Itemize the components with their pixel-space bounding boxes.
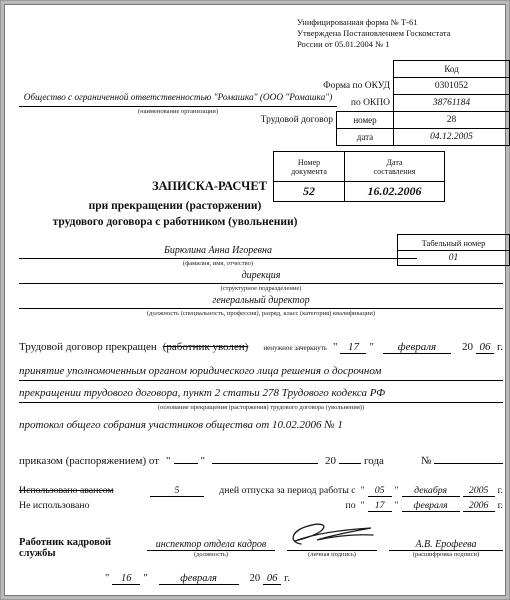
contract-date-value-cell: 04.12.2005: [393, 128, 510, 146]
doc-date-header-cell: Дата составления: [344, 151, 445, 182]
quote-mark: ": [201, 455, 206, 467]
organization-name: Общество с ограниченной ответственностью…: [19, 91, 337, 107]
termination-reason-line2: прекращении трудового договора, пункт 2 …: [19, 385, 503, 403]
form-t61-page: Унифицированная форма № Т-61 Утверждена …: [4, 4, 506, 596]
signature-date-year: 06: [263, 573, 281, 585]
signature-name-segment: А.В. Ерофеева (расшифровка подписи): [389, 535, 503, 559]
contract-label: Трудовой договор: [185, 115, 333, 125]
order-month-blank: [212, 463, 318, 464]
doc-date-value-cell: 16.02.2006: [344, 181, 445, 202]
form-subtitle-1: при прекращении (расторжении): [25, 200, 325, 212]
termination-prefix: Трудовой договор прекращен: [19, 341, 157, 353]
vacation-to-year: 2006: [463, 500, 495, 512]
vacation-unused-row: Не использовано по " 17 " февраля 2006 г…: [19, 500, 503, 512]
contract-date-label-cell: дата: [336, 128, 394, 146]
year-suffix: г.: [498, 485, 503, 496]
vacation-days: 5: [150, 485, 204, 497]
quote-mark: ": [333, 341, 338, 353]
signature-date-row: " 16 " февраля 20 06 г.: [105, 573, 345, 585]
order-day-blank: [174, 463, 198, 464]
order-year-blank: [339, 463, 361, 464]
doc-number-value-cell: 52: [273, 181, 345, 202]
signature-row: Работник кадровой службы инспектор отдел…: [19, 535, 503, 559]
signature-position-segment: инспектор отдела кадров (должность): [147, 535, 275, 559]
form-note-line1: Унифицированная форма № Т-61: [297, 17, 509, 28]
year-suffix: г.: [284, 573, 290, 584]
signature-position-caption: (должность): [147, 551, 275, 559]
order-number-blank: [434, 463, 503, 464]
termination-note: ненужное зачеркнуть: [263, 344, 327, 352]
doc-date-header-text: Дата составления: [367, 158, 423, 176]
document-frame: Унифицированная форма № Т-61 Утверждена …: [0, 0, 510, 600]
signature-role: Работник кадровой службы: [19, 535, 147, 559]
quote-mark: ": [361, 500, 365, 511]
signature-position: инспектор отдела кадров: [147, 535, 275, 551]
vacation-from-year: 2005: [463, 485, 495, 497]
order-year-word: года: [364, 455, 384, 467]
termination-day: 17: [340, 341, 366, 354]
year-suffix: г.: [498, 500, 503, 511]
signature-name: А.В. Ерофеева: [389, 535, 503, 551]
order-line: приказом (распоряжением) от " " 20 года …: [19, 455, 503, 467]
signature-name-caption: (расшифровка подписи): [389, 551, 503, 559]
year-prefix: 20: [325, 455, 336, 467]
quote-mark: ": [395, 500, 399, 511]
signature-sign-segment: (личная подпись): [287, 535, 377, 559]
doc-number-header-text: Номер документа: [285, 158, 333, 176]
year-suffix: г.: [497, 341, 503, 353]
signature-line: [287, 535, 377, 551]
organization-caption: (наименование организации): [19, 108, 337, 116]
vacation-to-day: 17: [368, 500, 392, 512]
vacation-to-month: февраля: [402, 500, 460, 512]
vacation-used-label: Использовано авансом: [19, 485, 147, 496]
code-header-cell: Код: [393, 60, 510, 78]
form-note-line2: Утверждена Постановлением Госкомстата: [297, 28, 509, 39]
termination-line: Трудовой договор прекращен (работник уво…: [19, 341, 503, 354]
contract-number-value-cell: 28: [393, 111, 510, 129]
form-title: ЗАПИСКА-РАСЧЕТ: [5, 179, 267, 194]
order-prefix: приказом (распоряжением) от: [19, 455, 159, 467]
vacation-used-row: Использовано авансом 5 дней отпуска за п…: [19, 485, 503, 497]
year-prefix: 20: [250, 573, 261, 584]
number-sign: №: [421, 455, 432, 467]
handwritten-signature-icon: [283, 516, 379, 552]
termination-reason-caption: (основание прекращения (расторжения) тру…: [19, 404, 503, 412]
employee-name-caption: (фамилия, имя, отчество): [19, 260, 417, 268]
quote-mark: ": [143, 573, 147, 584]
year-prefix: 20: [462, 341, 473, 353]
quote-mark: ": [395, 485, 399, 496]
employee-name: Бирюлина Анна Игоревна: [19, 243, 417, 259]
form-subtitle-2: трудового договора с работником (увольне…: [25, 216, 325, 228]
quote-mark: ": [361, 485, 365, 496]
form-approval-note: Унифицированная форма № Т-61 Утверждена …: [297, 17, 509, 50]
okud-value-cell: 0301052: [393, 77, 510, 95]
employee-position-caption: (должность (специальность, профессия), р…: [19, 310, 503, 318]
okpo-value-cell: 38761184: [393, 94, 510, 112]
contract-number-label-cell: номер: [336, 111, 394, 129]
form-note-line3: России от 05.01.2004 № 1: [297, 39, 509, 50]
signature-date-month: февраля: [159, 573, 239, 585]
employee-department-caption: (структурное подразделение): [19, 285, 503, 293]
vacation-from-month: декабря: [402, 485, 460, 497]
employee-position: генеральный директор: [19, 294, 503, 309]
doc-number-header-cell: Номер документа: [273, 151, 345, 182]
signature-sign-caption: (личная подпись): [287, 551, 377, 559]
quote-mark: ": [105, 573, 109, 584]
termination-month: февраля: [383, 341, 451, 354]
termination-year: 06: [476, 341, 494, 354]
vacation-to-word: по: [345, 500, 355, 511]
termination-strikeout: (работник уволен): [163, 341, 249, 353]
employee-department: дирекция: [19, 269, 503, 284]
vacation-unused-label: Не использовано: [19, 500, 90, 511]
okud-label: Форма по ОКУД: [235, 81, 390, 91]
termination-reason-line1: принятие уполномоченным органом юридичес…: [19, 363, 503, 381]
termination-protocol: протокол общего собрания участников обще…: [19, 419, 503, 431]
quote-mark: ": [369, 341, 374, 353]
vacation-period-text: дней отпуска за период работы с: [219, 485, 355, 496]
vacation-from-day: 05: [368, 485, 392, 497]
quote-mark: ": [166, 455, 171, 467]
signature-date-day: 16: [112, 573, 140, 585]
